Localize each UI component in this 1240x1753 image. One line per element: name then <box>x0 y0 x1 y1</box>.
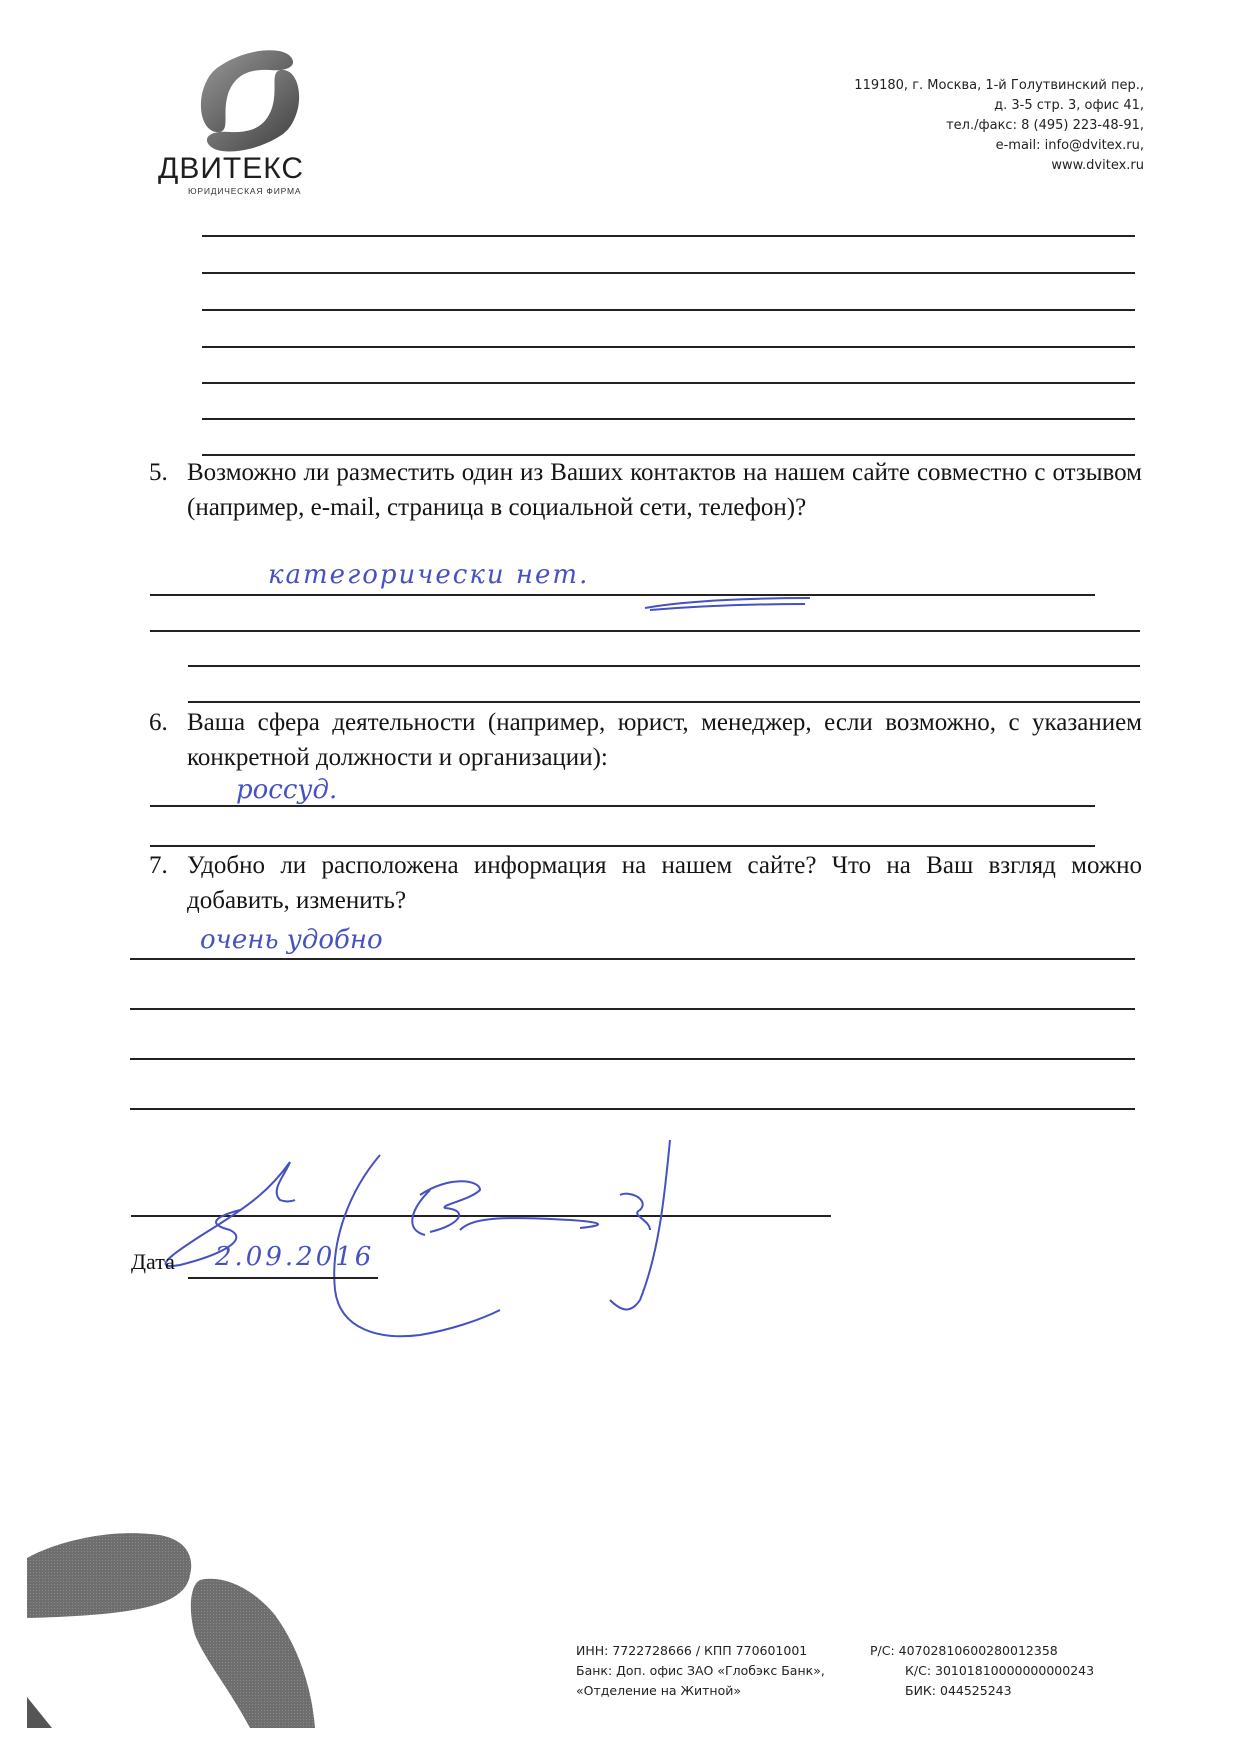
footer-bik: БИК: 044525243 <box>870 1681 1094 1701</box>
dvitex-logo-mark-icon <box>190 44 310 159</box>
question-text: Возможно ли разместить один из Ваших кон… <box>187 455 1142 525</box>
answer-line <box>130 1008 1135 1010</box>
signature-icon <box>150 1130 850 1350</box>
date-line <box>188 1277 378 1279</box>
answer-line <box>150 845 1095 847</box>
company-contact-block: 119180, г. Москва, 1-й Голутвинский пер.… <box>764 76 1144 176</box>
handwritten-answer: категорически нет. <box>268 560 589 590</box>
question-number: 5. <box>149 455 168 490</box>
handwritten-date: 2.09.2016 <box>215 1242 374 1272</box>
contact-building: д. 3-5 стр. 3, офис 41, <box>764 96 1144 116</box>
answer-line <box>202 346 1135 348</box>
contact-website: www.dvitex.ru <box>764 156 1144 176</box>
answer-line <box>202 272 1135 274</box>
question-7: 7. Удобно ли расположена информация на н… <box>187 848 1142 918</box>
question-text: Ваша сфера деятельности (например, юрист… <box>187 705 1142 775</box>
question-5: 5. Возможно ли разместить один из Ваших … <box>187 455 1142 525</box>
answer-line <box>202 382 1135 384</box>
footer-ks: К/С: 30101810000000000243 <box>870 1661 1094 1681</box>
contact-address: 119180, г. Москва, 1-й Голутвинский пер.… <box>764 76 1144 96</box>
answer-line <box>130 958 1135 960</box>
answer-line <box>150 594 1095 596</box>
answer-line <box>130 1108 1135 1110</box>
answer-line <box>150 805 1095 807</box>
logo-subtitle: ЮРИДИЧЕСКАЯ ФИРМА <box>188 186 301 196</box>
question-text: Удобно ли расположена информация на наше… <box>187 848 1142 918</box>
handwritten-answer: россуд. <box>236 775 337 805</box>
footer-rs: Р/С: 40702810600280012358 <box>870 1641 1094 1661</box>
answer-line <box>150 630 1140 632</box>
answer-line <box>202 309 1135 311</box>
footer-logo-fragment-icon <box>0 1500 340 1753</box>
date-label: Дата <box>131 1249 175 1275</box>
contact-phone: тел./факс: 8 (495) 223-48-91, <box>764 116 1144 136</box>
footer-bank: Банк: Доп. офис ЗАО «Глобэкс Банк», <box>576 1661 825 1681</box>
handwritten-answer: очень удобно <box>200 925 383 955</box>
footer-inn-kpp: ИНН: 7722728666 / КПП 770601001 <box>576 1641 825 1661</box>
answer-line <box>188 701 1140 703</box>
question-number: 6. <box>149 705 168 740</box>
footer-legal-details: ИНН: 7722728666 / КПП 770601001 Банк: До… <box>576 1641 825 1701</box>
answer-line <box>188 665 1140 667</box>
answer-line <box>202 418 1135 420</box>
answer-line <box>202 235 1135 237</box>
question-6: 6. Ваша сфера деятельности (например, юр… <box>187 705 1142 775</box>
footer-bank-branch: «Отделение на Житной» <box>576 1681 825 1701</box>
question-number: 7. <box>149 848 168 883</box>
answer-line <box>130 1058 1135 1060</box>
contact-email: e-mail: info@dvitex.ru, <box>764 136 1144 156</box>
footer-bank-accounts: Р/С: 40702810600280012358 К/С: 301018100… <box>870 1641 1094 1701</box>
logo-name: ДВИТЕКС <box>158 152 304 186</box>
